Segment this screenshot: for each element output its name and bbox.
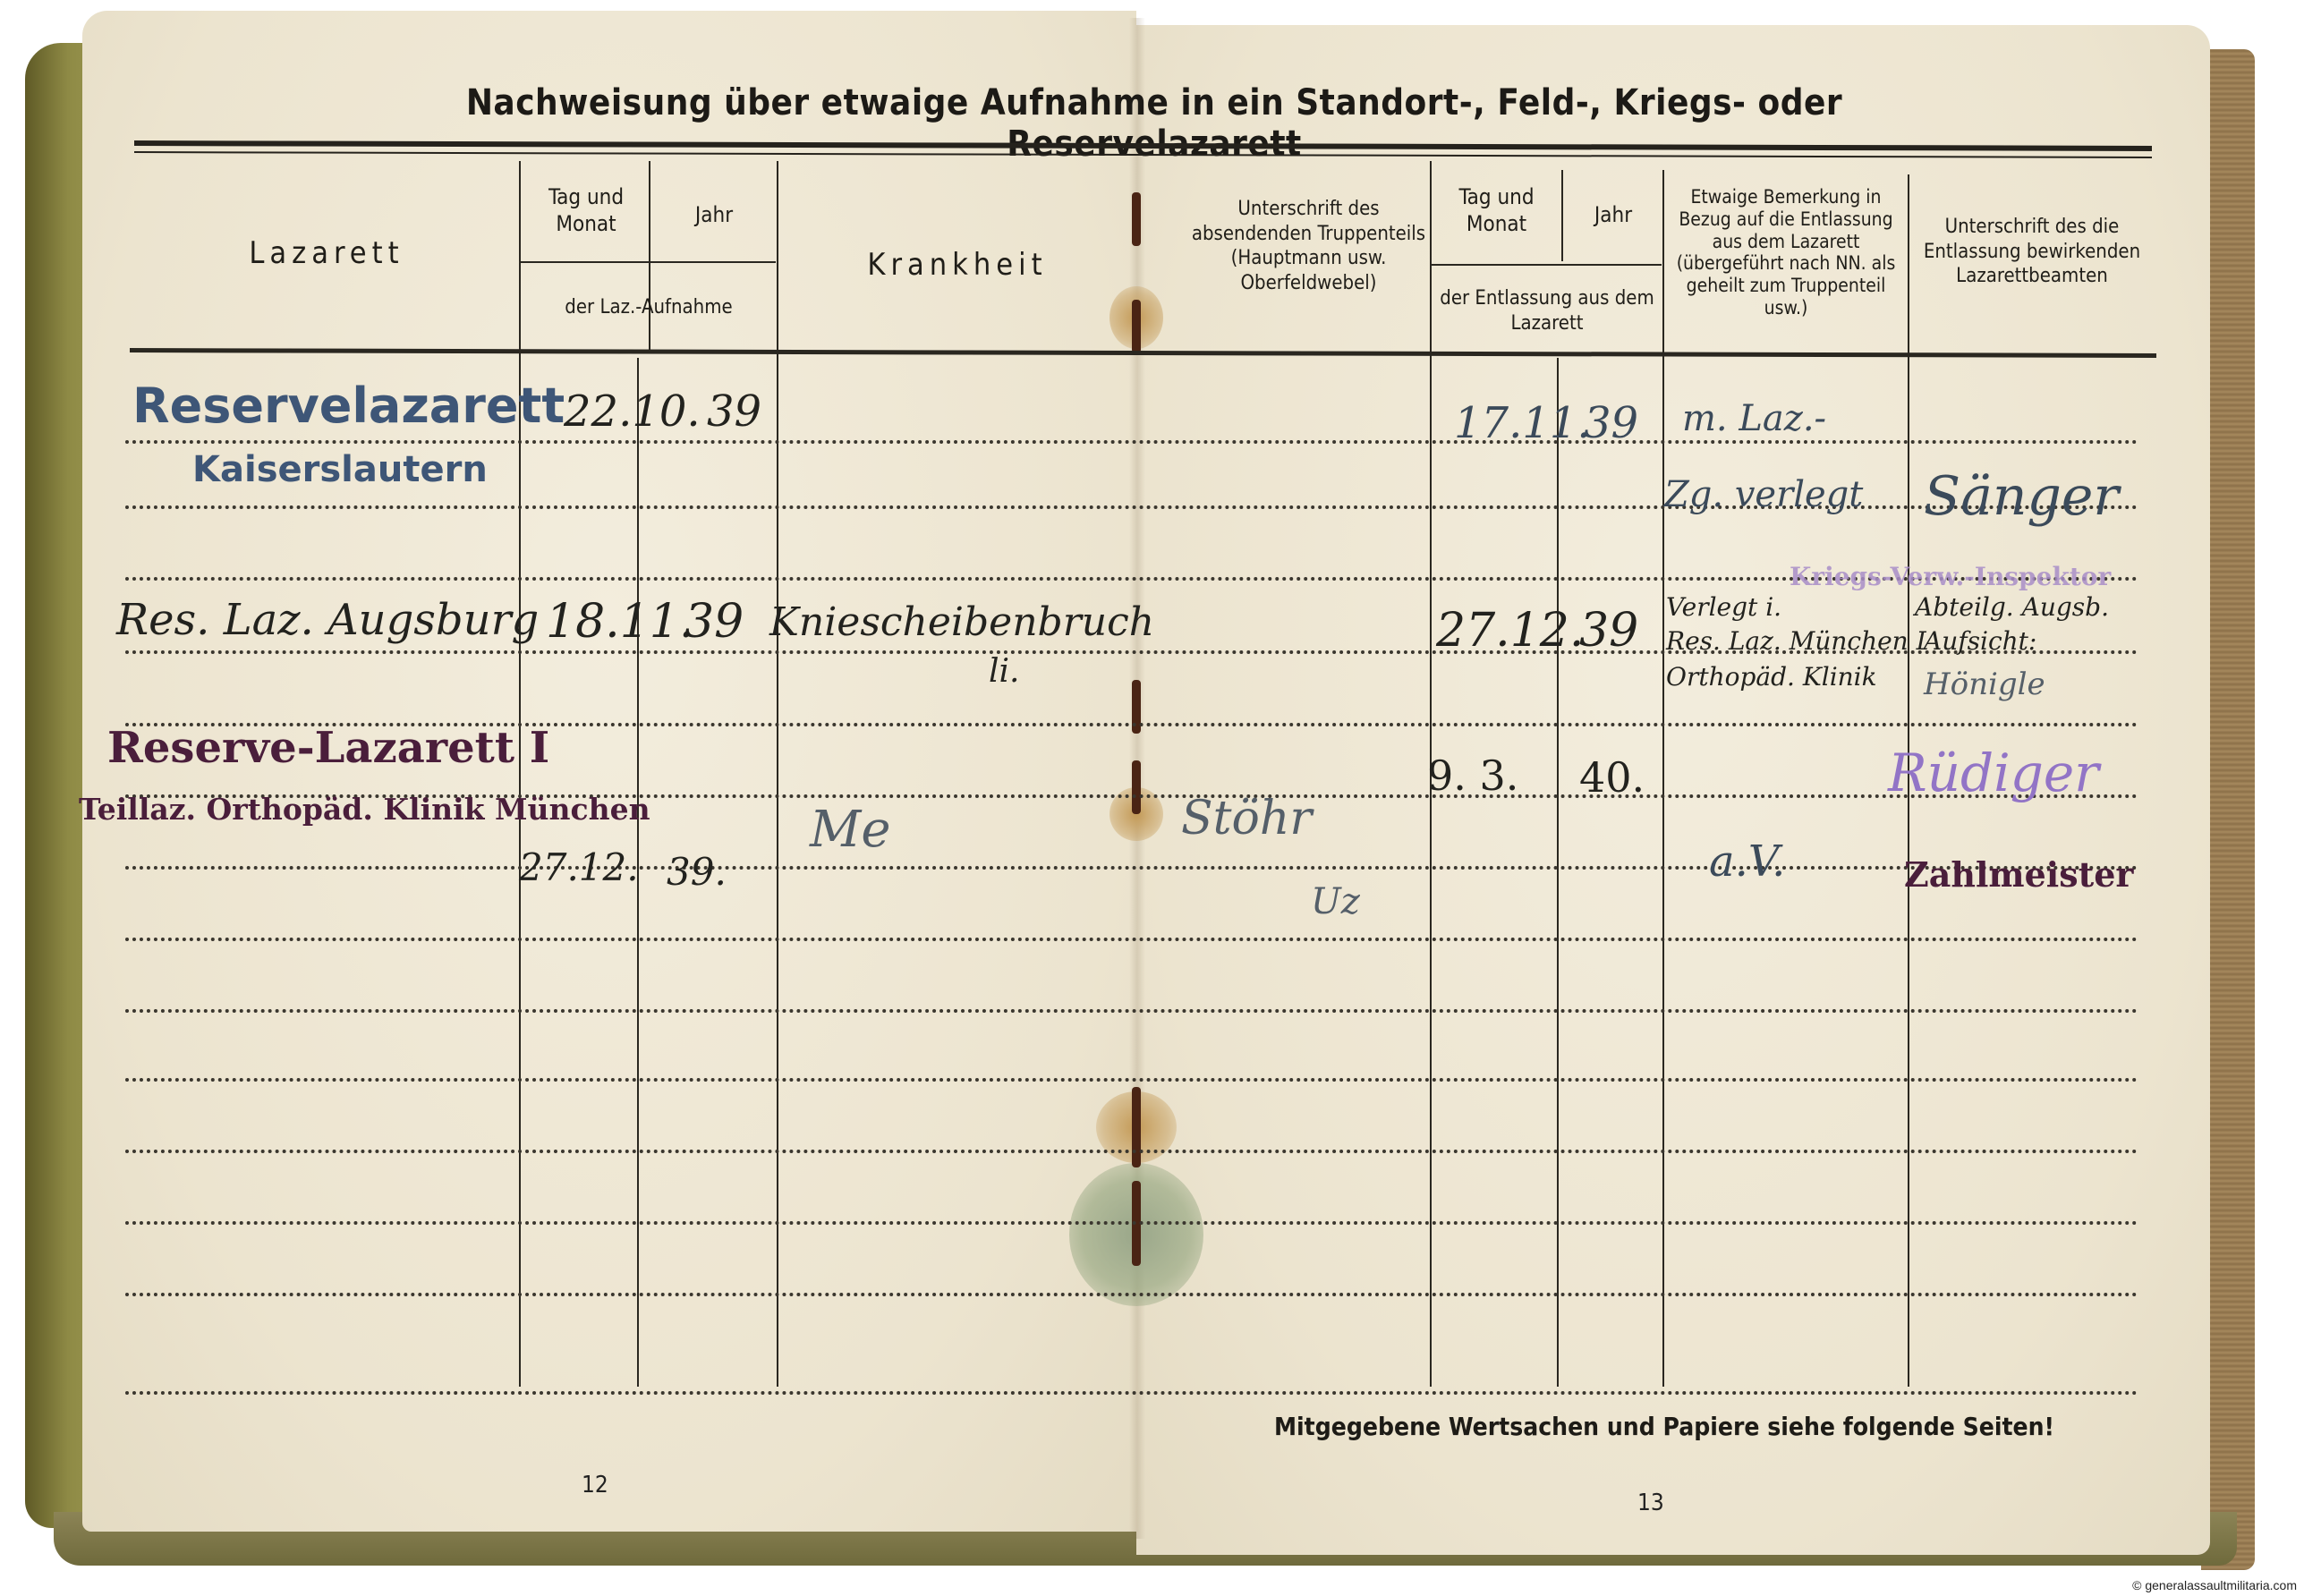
- entry-3-krankheit-initials: Me: [810, 801, 890, 859]
- entry-1-entlassung-tag-monat: 17.11.: [1454, 398, 1591, 448]
- entry-3-aufnahme-jahr: 39.: [667, 850, 727, 894]
- entry-3-unterschrift-truppenteil-line1: Stöhr: [1181, 792, 1312, 845]
- entry-1-entlassung-jahr: 39: [1584, 398, 1638, 448]
- entry-2-entlassung-jahr: 39: [1579, 604, 1638, 658]
- column-divider: [777, 161, 778, 1387]
- stamp-reservelazarett: Reservelazarett: [132, 378, 565, 434]
- row-line: [125, 938, 2138, 941]
- entry-2-entlassung-tag-monat: 27.12.: [1436, 604, 1584, 658]
- row-line: [125, 1078, 2138, 1082]
- row-line: [125, 1009, 2138, 1013]
- row-line: [125, 866, 2138, 870]
- entry-3-bemerkung: a.V.: [1709, 836, 1785, 887]
- column-header-unterschrift-truppenteil: Unterschrift des absendenden Truppenteil…: [1190, 197, 1427, 295]
- stamp-kriegs-verw-inspektor: Kriegs-Verw.-Inspektor: [1790, 562, 2111, 591]
- entry-2-aufnahme-jahr: 39: [684, 595, 744, 649]
- entry-2-bemerkung-line2: Res. Laz. München I: [1666, 626, 1926, 656]
- entry-1-bemerkung-line2: Zg. verlegt: [1664, 474, 1863, 515]
- column-header-bemerkung: Etwaige Bemerkung in Bezug auf die Entla…: [1666, 186, 1906, 319]
- staple-icon: [1132, 1087, 1141, 1167]
- column-divider: [1561, 170, 1563, 261]
- stamp-zahlmeister: Zahlmeister: [1904, 854, 2133, 895]
- column-divider: [1557, 358, 1559, 1387]
- stamp-reserve-lazarett-i: Reserve-Lazarett I: [107, 723, 549, 773]
- footer-note: Mitgegebene Wertsachen und Papiere siehe…: [1199, 1412, 2130, 1441]
- entry-2-aufnahme-tag-monat: 18.11.: [546, 595, 693, 649]
- column-divider: [519, 161, 521, 1387]
- row-line: [125, 1293, 2138, 1296]
- entry-3-unterschrift-beamter: Rüdiger: [1888, 743, 2099, 803]
- column-header-krankheit: Krankheit: [778, 246, 1136, 284]
- entry-1-bemerkung-line1: m. Laz.-: [1682, 398, 1826, 439]
- entry-1-aufnahme-tag-monat: 22.10.: [564, 386, 701, 437]
- entry-2-lazarett: Res. Laz. Augsburg: [116, 595, 539, 645]
- staple-icon: [1132, 760, 1141, 814]
- column-header-entlassung-sub: der Entlassung aus dem Lazarett: [1432, 286, 1662, 335]
- copyright-notice: © generalassaultmilitaria.com: [2132, 1578, 2297, 1592]
- stamp-kaiserslautern: Kaiserslautern: [192, 449, 488, 490]
- entry-3-aufnahme-tag-monat: 27.12.: [519, 845, 639, 889]
- entry-3-unterschrift-truppenteil-line2: Uz: [1311, 881, 1360, 922]
- subheader-divider: [521, 261, 776, 263]
- column-header-aufnahme-tag-monat: Tag und Monat: [523, 183, 649, 237]
- entry-2-unterschrift-line3: Aufsicht:: [1924, 626, 2036, 656]
- page-number-left: 12: [582, 1472, 608, 1498]
- stamp-teillaz-orthopaed-klinik: Teillaz. Orthopäd. Klinik München: [79, 792, 650, 827]
- column-header-entlassung-tag-monat: Tag und Monat: [1432, 183, 1561, 237]
- entry-2-unterschrift-line2: Abteilg. Augsb.: [1915, 592, 2109, 622]
- column-header-lazarett: Lazarett: [134, 234, 519, 273]
- entry-1-aufnahme-jahr: 39: [707, 386, 761, 437]
- entry-3-entlassung-tag-monat: 9. 3.: [1427, 751, 1518, 800]
- entry-2-bemerkung-line3: Orthopäd. Klinik: [1666, 662, 1877, 692]
- entry-1-unterschrift-beamter: Sänger: [1924, 465, 2119, 528]
- staple-icon: [1132, 192, 1141, 246]
- column-header-entlassung-jahr: Jahr: [1564, 201, 1662, 228]
- row-line: [125, 1150, 2138, 1153]
- entry-2-bemerkung-line1: Verlegt i.: [1666, 592, 1781, 622]
- staple-icon: [1132, 300, 1141, 353]
- column-header-aufnahme-sub: der Laz.-Aufnahme: [521, 295, 777, 320]
- entry-2-krankheit-line1: Kniescheibenbruch: [769, 599, 1154, 645]
- page-number-right: 13: [1637, 1490, 1664, 1516]
- column-divider: [649, 161, 650, 351]
- column-header-unterschrift-beamter: Unterschrift des die Entlassung bewirken…: [1911, 215, 2153, 289]
- column-header-aufnahme-jahr: Jahr: [651, 201, 777, 228]
- entry-2-krankheit-line2: li.: [989, 653, 1019, 690]
- row-line: [125, 1221, 2138, 1225]
- subheader-divider: [1432, 264, 1662, 266]
- row-line: [125, 1391, 2138, 1395]
- row-line: [125, 440, 2138, 444]
- entry-3-entlassung-jahr: 40.: [1579, 753, 1645, 802]
- entry-2-unterschrift-line4: Hönigle: [1924, 666, 2045, 702]
